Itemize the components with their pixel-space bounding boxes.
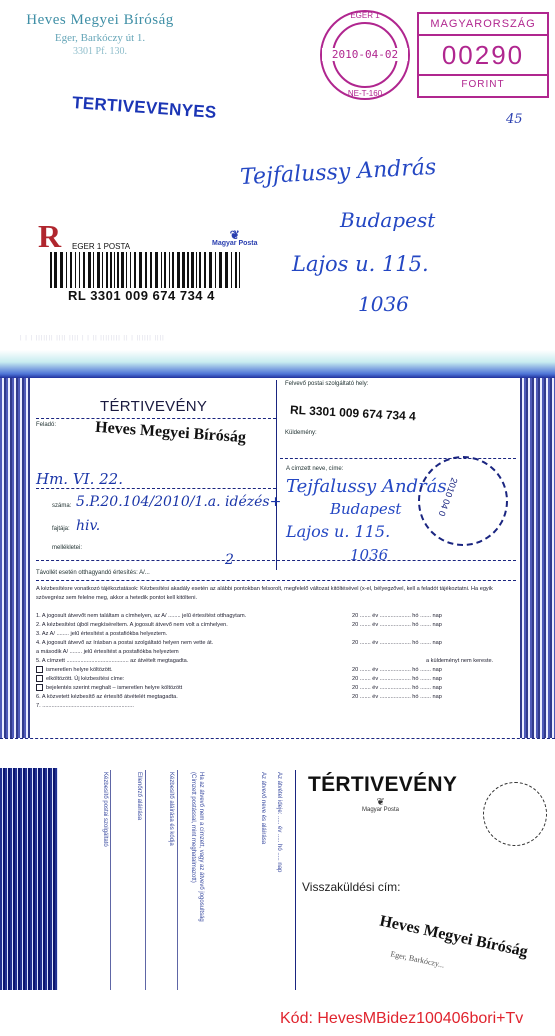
scan-edge-left xyxy=(0,378,30,738)
checkbox[interactable] xyxy=(36,666,43,673)
instruction-row: 4. A jogosult átvevő az írásban a postai… xyxy=(36,639,516,648)
handwritten-note: 45 xyxy=(506,112,523,127)
instruction-row: 6. A közvetett kézbesítő az értesítő átv… xyxy=(36,693,516,702)
sender-name: Heves Megyei Bíróság xyxy=(0,12,200,29)
fajta-value: hiv. xyxy=(76,518,100,534)
rotated-field: Kézbesítő aláírása és kódja xyxy=(168,772,174,846)
instruction-row: elköltözött. Új kézbesítési címe:20 ....… xyxy=(36,675,516,684)
szam-value: 5.P.20.104/2010/1.a. idézés+ xyxy=(76,494,281,510)
receipt-recipient-city: Budapest xyxy=(330,500,401,518)
sender-stamp: Heves Megyei Bíróság Eger, Barkóczy út 1… xyxy=(0,12,200,57)
recipient-postcode: 1036 xyxy=(358,292,409,316)
delivery-postmark: 2010 04 0 xyxy=(418,456,508,546)
instructions-intro: A kézbesítésre vonatkozó tájékoztatások:… xyxy=(36,585,516,612)
divider xyxy=(36,580,516,581)
barcode-office: EGER 1 POSTA xyxy=(72,242,130,251)
postmark-circle: EGER 1 2010-04-02 NE-T-160 xyxy=(320,10,410,100)
post-logo-text: Magyar Posta xyxy=(212,240,258,247)
post-horn-icon: ❦ xyxy=(362,798,399,807)
meter-currency: FORINT xyxy=(419,74,547,94)
checkbox[interactable] xyxy=(36,675,43,682)
recipient-name: Tejfalussy András xyxy=(239,155,436,190)
rotated-field: (Címzett postással, mint meghatalmazott) xyxy=(190,772,196,883)
post-horn-icon: ❦ xyxy=(212,230,258,240)
instruction-row: a második A/ ........ jelű értesítést a … xyxy=(36,648,516,657)
felvevo-label: Felvevő postai szolgáltató hely: xyxy=(285,381,368,387)
franking-meter: MAGYARORSZÁG 00290 FORINT xyxy=(417,12,549,98)
divider xyxy=(145,770,146,990)
delivery-postmark-date: 2010 04 0 xyxy=(436,476,459,517)
divider xyxy=(36,418,276,419)
instruction-row: 5. A címzett ...........................… xyxy=(36,657,516,666)
sender-address: Eger, Barkóczy út 1. xyxy=(0,32,200,44)
meter-amount: 00290 xyxy=(419,36,547,74)
back-title: TÉRTIVEVÉNY xyxy=(308,773,457,797)
receipt-recipient-postcode: 1036 xyxy=(350,546,388,564)
divider xyxy=(36,560,516,561)
instruction-row: ismeretlen helyre költözött.20 ....... é… xyxy=(36,666,516,675)
instruction-row: 7. .....................................… xyxy=(36,702,516,711)
stamp-circle xyxy=(483,782,547,846)
instruction-row: 2. A kézbesítést újból megkíséreltem. A … xyxy=(36,621,516,630)
felado-note: Hm. VI. 22. xyxy=(36,470,123,488)
faint-print-marks: | | | ||||||| |||| |||| | | || |||||||| … xyxy=(20,335,540,343)
recipient-city: Budapest xyxy=(340,208,435,232)
tracking-number: RL 3301 009 674 734 4 xyxy=(68,288,215,303)
tavollet-text: Távollét esetén otthagyandó értesítés: A… xyxy=(36,570,150,576)
scan-edge-band xyxy=(0,350,555,380)
scan-edge-left-lower xyxy=(0,768,58,990)
scan-edge-right xyxy=(520,378,555,738)
back-post-logo: ❦ Magyar Posta xyxy=(362,798,399,813)
document-code: Kód: HevesMBidez100406bori+Tv xyxy=(280,1010,523,1028)
rotated-field: Kézbesítő postai szolgáltató xyxy=(102,772,108,847)
szam-label: száma: xyxy=(52,503,71,509)
instruction-row: 1. A jogosult átvevőt nem találtam a cím… xyxy=(36,612,516,621)
kuldemeny-label: Küldemény: xyxy=(285,430,317,436)
receipt-recipient-street: Lajos u. 115. xyxy=(286,522,390,541)
instruction-row: bejelentés szerint meghalt – ismeretlen … xyxy=(36,684,516,693)
postmark-office: EGER 1 xyxy=(322,11,408,20)
recipient-street: Lajos u. 115. xyxy=(292,252,429,276)
rotated-field: Ellenőrző aláírása xyxy=(136,772,142,820)
column-divider xyxy=(276,380,277,570)
divider xyxy=(295,770,296,990)
postmark-code: NE-T-160 xyxy=(322,89,408,98)
instruction-row: 3. Az A/ ........ jelű értesítést a post… xyxy=(36,630,516,639)
divider xyxy=(110,770,111,990)
form-title: TÉRTIVEVÉNY xyxy=(100,398,207,415)
divider xyxy=(36,488,276,489)
fajta-label: fajtája: xyxy=(52,526,70,532)
postmark-date: 2010-04-02 xyxy=(322,48,408,61)
felado-label: Feladó: xyxy=(36,422,56,428)
barcode-icon xyxy=(50,252,240,288)
rotated-field: Az átvétel ideje: ..... év ..... hó ....… xyxy=(276,772,282,872)
sender-pobox: 3301 Pf. 130. xyxy=(0,46,200,57)
barcode-label: EGER 1 POSTA RL 3301 009 674 734 4 xyxy=(34,240,246,308)
mellekletei-label: mellékletei: xyxy=(52,545,82,551)
meter-country: MAGYARORSZÁG xyxy=(419,14,547,36)
delivery-instructions: A kézbesítésre vonatkozó tájékoztatások:… xyxy=(36,585,516,711)
cimzett-label: A címzett neve, címe: xyxy=(286,466,343,472)
return-address-label: Visszaküldési cím: xyxy=(302,880,400,894)
rotated-field: Ha az átvevő nem a címzett, vagy az átve… xyxy=(198,772,204,922)
tertivevenyes-stamp: TERTIVEVENYES xyxy=(71,93,217,123)
handwritten-mark: 2 xyxy=(225,552,234,568)
divider xyxy=(177,770,178,990)
magyar-posta-logo: ❦ Magyar Posta xyxy=(212,230,258,247)
cut-line xyxy=(0,738,555,739)
rotated-field: Az átvevő neve és aláírása xyxy=(260,772,266,844)
checkbox[interactable] xyxy=(36,684,43,691)
